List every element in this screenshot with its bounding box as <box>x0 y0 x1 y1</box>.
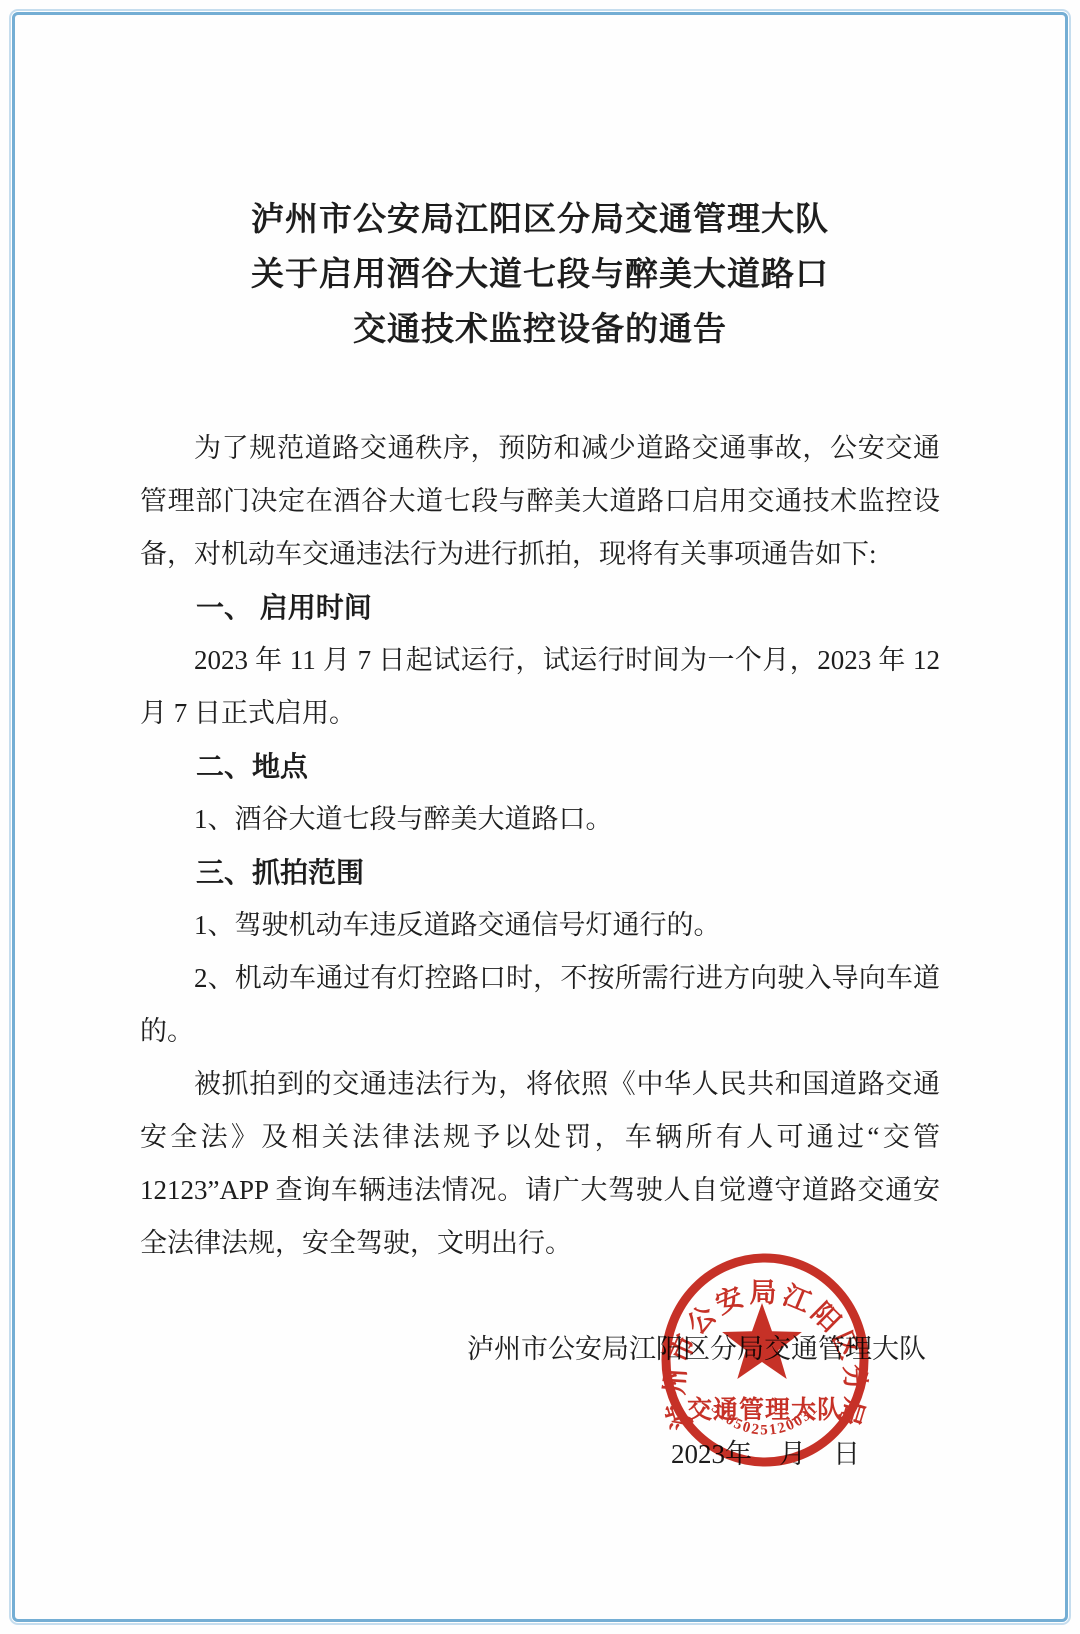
issue-date-line: 2023年 月 日 <box>140 1428 940 1481</box>
section-heading-1: 一、 启用时间 <box>140 581 940 634</box>
intro-paragraph: 为了规范道路交通秩序，预防和减少道路交通事故，公安交通管理部门决定在酒谷大道七段… <box>140 422 940 581</box>
title-line-2: 关于启用酒谷大道七段与醉美大道路口 <box>140 248 940 303</box>
document-body: 为了规范道路交通秩序，预防和减少道路交通事故，公安交通管理部门决定在酒谷大道七段… <box>140 422 940 1481</box>
title-line-1: 泸州市公安局江阳区分局交通管理大队 <box>140 193 940 248</box>
section-heading-3: 三、抓拍范围 <box>140 846 940 899</box>
section-3-item-1: 1、驾驶机动车违反道路交通信号灯通行的。 <box>140 899 940 952</box>
closing-paragraph: 被抓拍到的交通违法行为，将依照《中华人民共和国道路交通安全法》及相关法律法规予以… <box>140 1058 940 1270</box>
section-heading-2: 二、地点 <box>140 740 940 793</box>
document-title: 泸州市公安局江阳区分局交通管理大队 关于启用酒谷大道七段与醉美大道路口 交通技术… <box>140 193 940 358</box>
title-line-3: 交通技术监控设备的通告 <box>140 303 940 358</box>
section-1-paragraph: 2023 年 11 月 7 日起试运行，试运行时间为一个月，2023 年 12 … <box>140 634 940 740</box>
document-content: 泸州市公安局江阳区分局交通管理大队 关于启用酒谷大道七段与醉美大道路口 交通技术… <box>140 193 940 1481</box>
notice-document-page: 泸州市公安局江阳区分局交通管理大队 关于启用酒谷大道七段与醉美大道路口 交通技术… <box>0 0 1080 1634</box>
issuing-authority-signature: 泸州市公安局江阳区分局交通管理大队 <box>140 1323 940 1376</box>
section-3-item-2: 2、机动车通过有灯控路口时，不按所需行进方向驶入导向车道的。 <box>140 952 940 1058</box>
section-2-item-1: 1、酒谷大道七段与醉美大道路口。 <box>140 793 940 846</box>
